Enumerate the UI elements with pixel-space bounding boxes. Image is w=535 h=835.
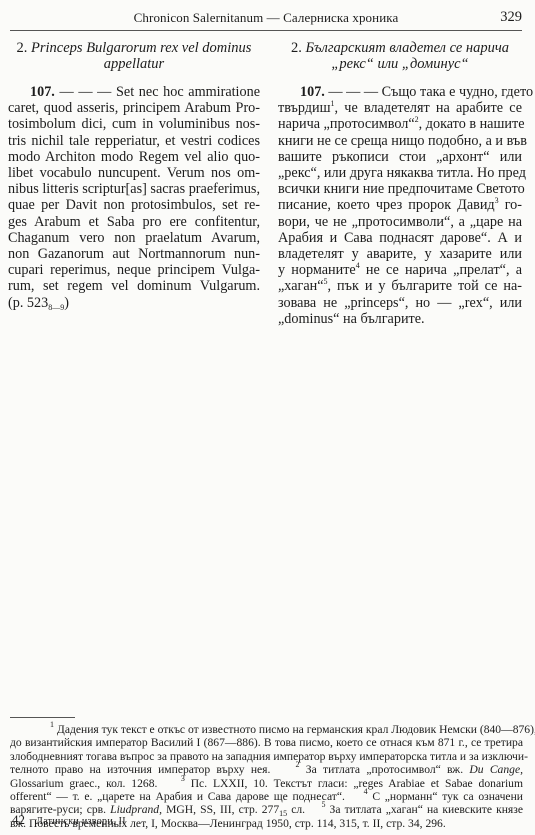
text-line: Арабия и Сава поднасят дарове“. А и bbox=[278, 230, 522, 246]
text-line: „dominus“ на българите. bbox=[278, 311, 522, 327]
heading-line-1: Princeps Bulgarorum rex vel dominus bbox=[31, 40, 251, 56]
text-line: nibus litteris scriptur[as] sacras praef… bbox=[8, 181, 260, 197]
text-line: у норманите4 не се нарича „прелат“, а bbox=[278, 262, 522, 278]
text-line: ges Arabum et Saba pro ere confitentur, bbox=[8, 214, 260, 230]
text-line: cupari reperimus, neque principem Vulga- bbox=[8, 262, 260, 278]
footnote-4-number: 4 bbox=[364, 787, 368, 796]
text-line: 107. — — — Set nec hoc ammiratione bbox=[8, 84, 260, 100]
section-number: 107. bbox=[300, 84, 325, 100]
latin-column: 2. Princeps Bulgarorum rex vel dominus a… bbox=[8, 40, 260, 311]
text-line: твърдиш1, че владетелят на арабите се bbox=[278, 100, 522, 116]
text-line: tris nichil tale repperiatur, et vestri … bbox=[8, 133, 260, 149]
text-line: всички книги ние предпочитаме Светото bbox=[278, 181, 522, 197]
running-header: Chronicon Salernitanum — Салерниска хрон… bbox=[10, 8, 522, 31]
heading-line-1: Българският владетел се нарича bbox=[305, 40, 509, 56]
section-number: 107. bbox=[30, 84, 55, 100]
text-line: non Gazanorum aut Nortmannorum nun- bbox=[8, 246, 260, 262]
footnote-line: злободневният тогава въпрос за правото н… bbox=[10, 750, 523, 763]
text-line: caret, quod asseris, principem Arabum Pr… bbox=[8, 100, 260, 116]
running-title: Chronicon Salernitanum — Салерниска хрон… bbox=[10, 10, 522, 26]
heading-number: 2. bbox=[17, 40, 28, 56]
text-line: 107. — — — Също така е чудно, гдето bbox=[278, 84, 522, 100]
text-line: libet vocabulo nuncupent. Verum nos om- bbox=[8, 165, 260, 181]
text-line: нарича „протосимвол“2, докато в нашите bbox=[278, 116, 522, 132]
heading-line-2: appellatur bbox=[104, 56, 164, 72]
page-number: 329 bbox=[500, 9, 522, 26]
text-line: quae per Davit non protosimbulos, set re… bbox=[8, 197, 260, 213]
footnote-1: 1 Дадения тук текст е откъс от известнот… bbox=[10, 723, 523, 736]
footnote-divider bbox=[10, 717, 75, 718]
text-line: книги не се среща нищо подобно, а и във bbox=[278, 133, 522, 149]
text-line: tosimbolum dici, cum in voluminibus nos- bbox=[8, 116, 260, 132]
latin-section-heading: 2. Princeps Bulgarorum rex vel dominus a… bbox=[8, 40, 260, 72]
signature-mark: 42 bbox=[12, 812, 25, 827]
text-line: „рекс“, или друга някаква титла. Но пред bbox=[278, 165, 522, 181]
text-line: вашите ръкописи стои „архонт“ или bbox=[278, 149, 522, 165]
bulgarian-column: 2. Българският владетел се нарича „рекс“… bbox=[278, 40, 522, 327]
footnote-3-number: 3 bbox=[181, 774, 185, 783]
text-line: „хаган“5, пък и у българите той се на- bbox=[278, 278, 522, 294]
bulgarian-paragraph: 107. — — — Също така е чудно, гдето твър… bbox=[278, 84, 522, 327]
text-line: Chaganum vero non praelatum Avarum, bbox=[8, 230, 260, 246]
text-line: владетелят у аварите, у хазарите или bbox=[278, 246, 522, 262]
heading-line-2: „рекс“ или „доминус“ bbox=[331, 56, 468, 72]
book-title: Латински извори, II bbox=[36, 816, 126, 827]
bulgarian-section-heading: 2. Българският владетел се нарича „рекс“… bbox=[278, 40, 522, 72]
footnote-2-number: 2 bbox=[296, 760, 300, 769]
text-line: modo Architon modo Regem vel alio quo- bbox=[8, 149, 260, 165]
footnote-line: до византийския император Василий I (867… bbox=[10, 736, 523, 749]
text-line: зовава не „princeps“, но — „rex“, или bbox=[278, 295, 522, 311]
text-line: писание, което чрез пророк Давид3 го- bbox=[278, 197, 522, 213]
latin-paragraph: 107. — — — Set nec hoc ammiratione caret… bbox=[8, 84, 260, 311]
footnote-5-number: 5 bbox=[321, 800, 325, 809]
page-footer: 42 Латински извори, II bbox=[12, 812, 126, 828]
footnote-line: Glossarium graec., кол. 1268. 3 Пс. LXXI… bbox=[10, 777, 523, 790]
text-line: вори, че не „протосимволи“, а „царе на bbox=[278, 214, 522, 230]
footnote-line: offerent“ — т. е. „царете на Арабия и Са… bbox=[10, 790, 523, 803]
heading-number: 2. bbox=[291, 40, 302, 56]
source-citation: (p. 5238—9) bbox=[8, 295, 260, 311]
footnote-line: телното право на източния император върх… bbox=[10, 763, 523, 776]
text-line: rum, set regem vel dominum Vulgarum. bbox=[8, 278, 260, 294]
